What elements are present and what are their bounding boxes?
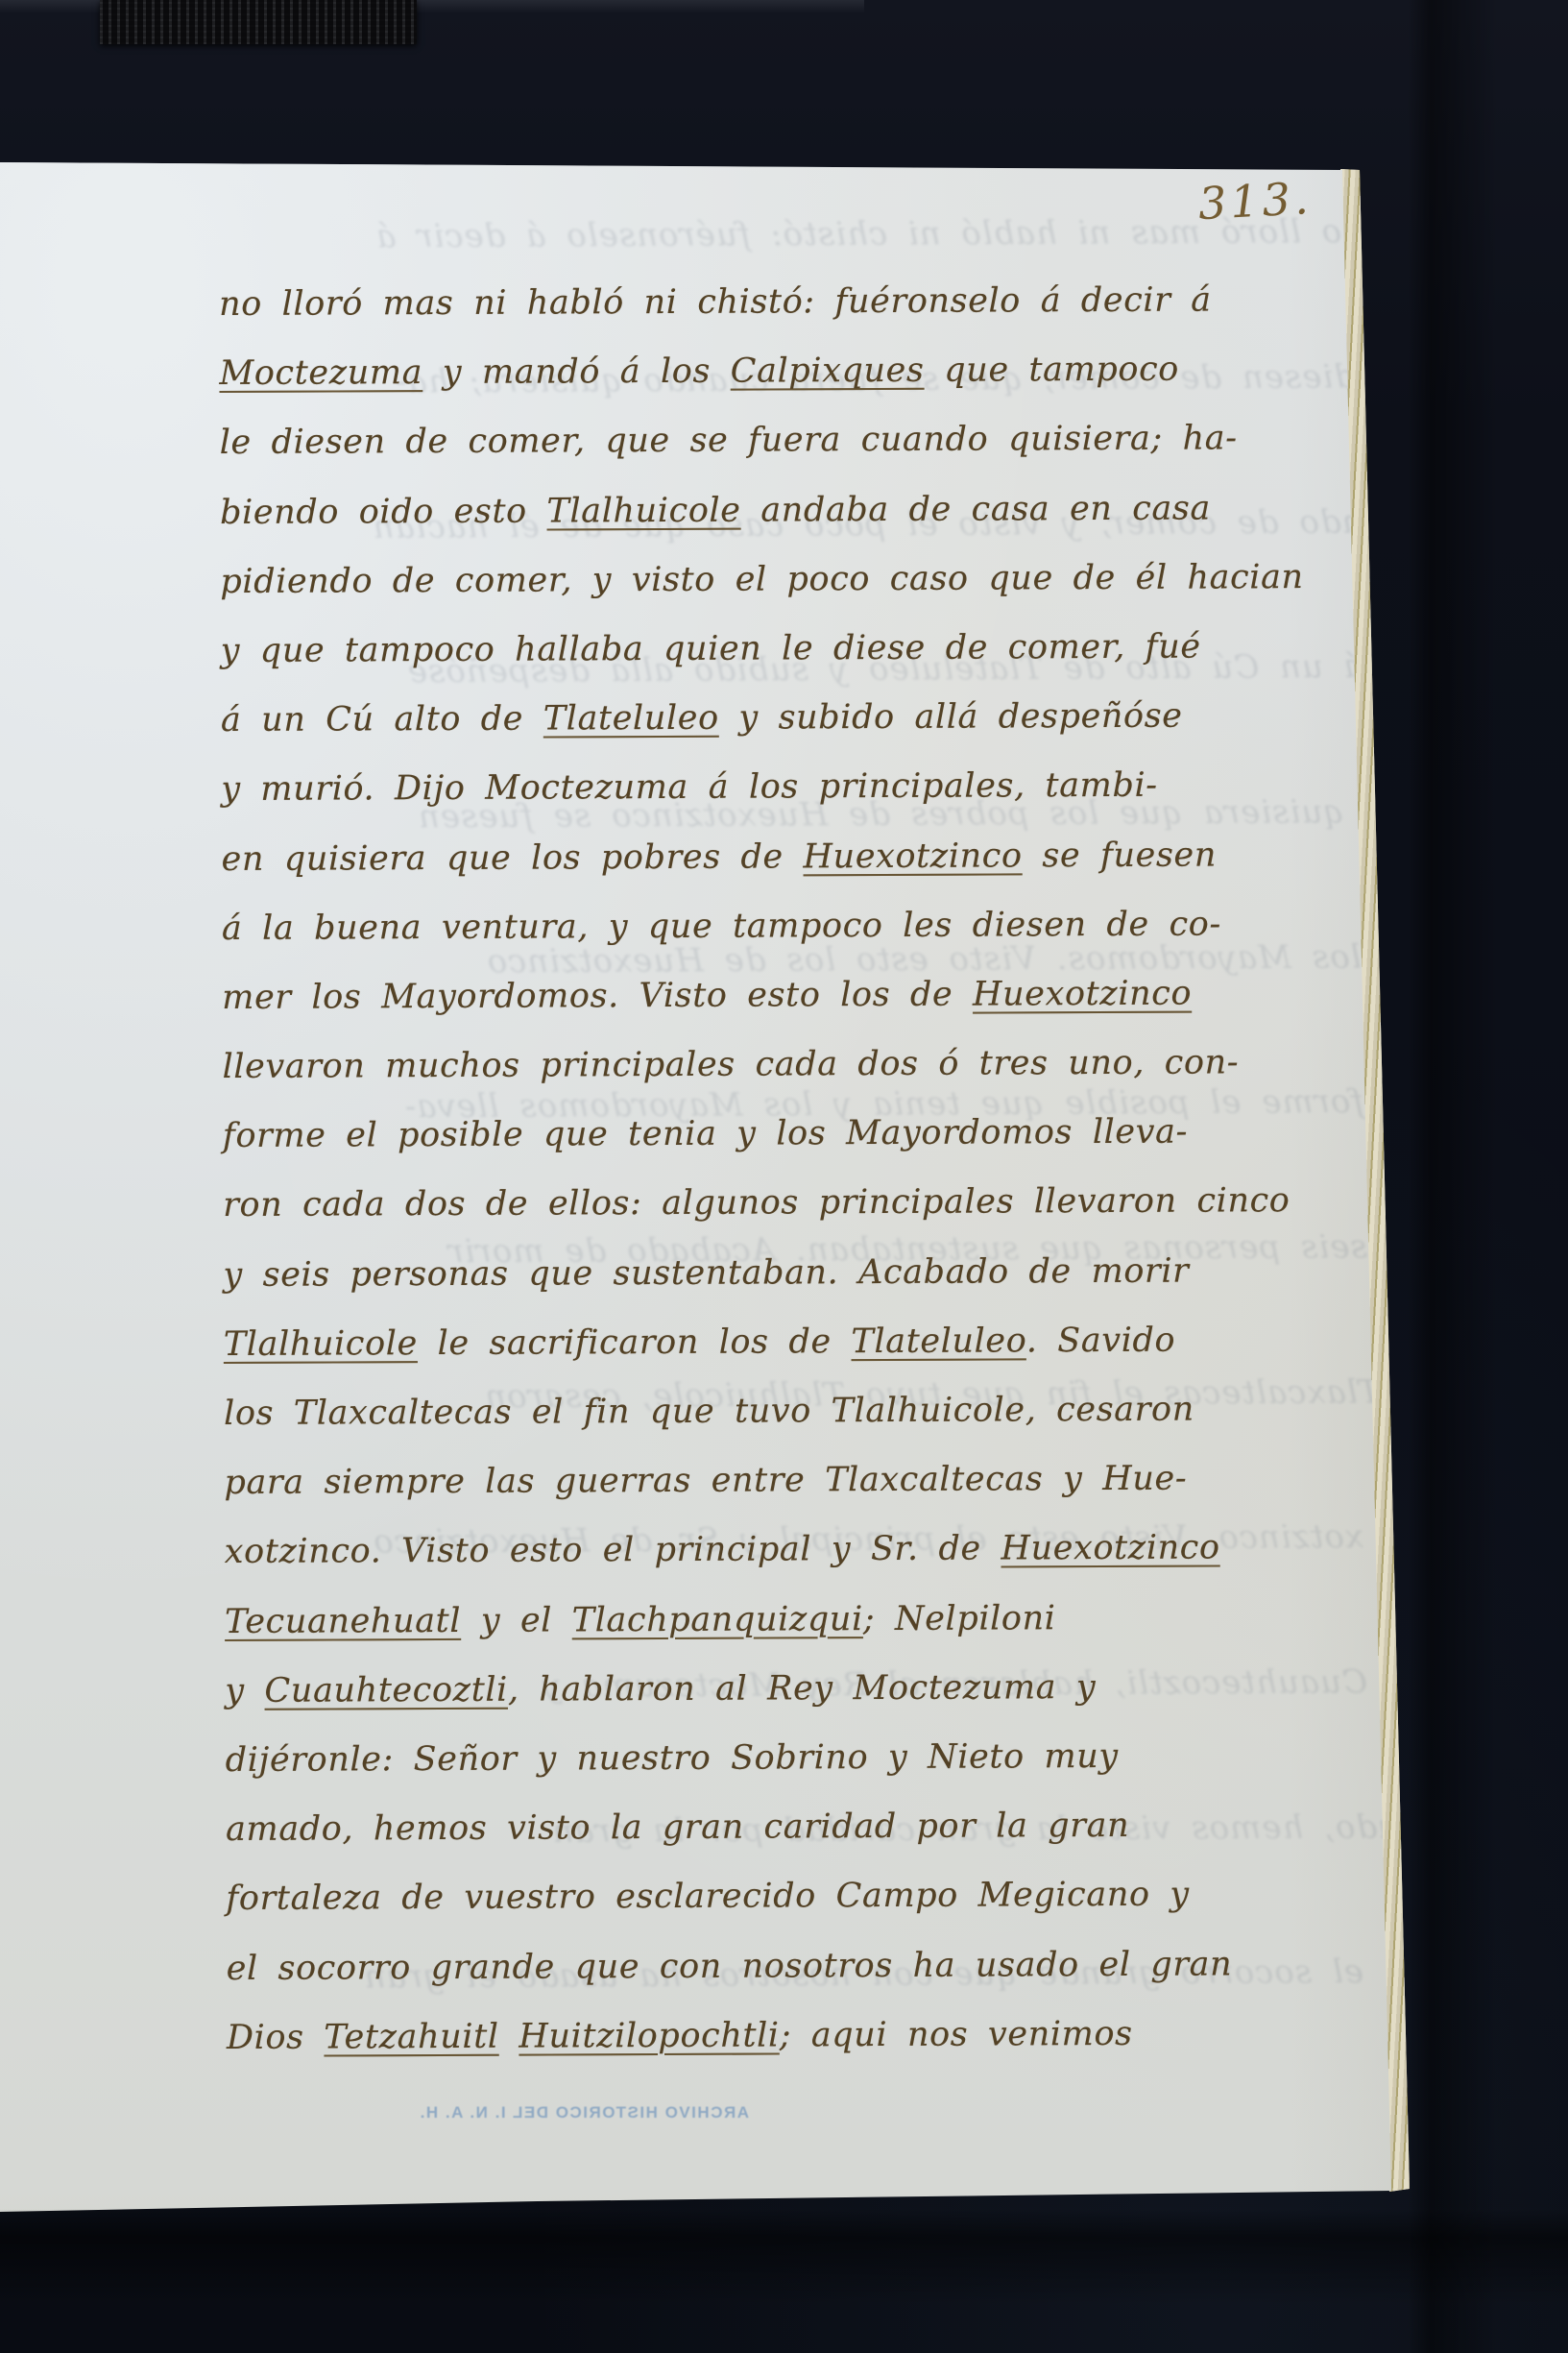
manuscript-line: le diesen de comer, que se fuera cuando … xyxy=(220,419,1391,494)
manuscript-line: y Cuauhtecoztli, hablaron al Rey Moctezu… xyxy=(225,1666,1396,1741)
manuscript-line: llevaron muchos principales cada dos ó t… xyxy=(222,1043,1393,1118)
photographed-manuscript-page: no lloró mas ni habló ni chistó: fuérons… xyxy=(0,0,1568,2353)
manuscript-line: biendo oido esto Tlalhuicole andaba de c… xyxy=(220,488,1391,563)
underlined-name: Huexotzinco xyxy=(973,974,1192,1013)
manuscript-text: . Savido xyxy=(1026,1321,1176,1360)
underlined-name: Tecuanehuatl xyxy=(225,1601,461,1640)
sheet-content: no lloró mas ni habló ni chistó: fuérons… xyxy=(0,0,1568,2353)
manuscript-line: pidiendo de comer, y visto el poco caso … xyxy=(220,557,1391,632)
manuscript-text: , hablaron al Rey Moctezuma y xyxy=(508,1668,1097,1710)
manuscript-text: se fuesen xyxy=(1023,836,1218,875)
manuscript-text: á la buena ventura, y que tampoco les di… xyxy=(222,905,1221,948)
manuscript-line: no lloró mas ni habló ni chistó: fuérons… xyxy=(219,280,1390,355)
manuscript-line: para siempre las guerras entre Tlaxcalte… xyxy=(224,1459,1395,1534)
manuscript-text: fortaleza de vuestro esclarecido Campo M… xyxy=(226,1876,1190,1918)
page-number: 313. xyxy=(1197,172,1314,230)
underlined-name: Huexotzinco xyxy=(1001,1529,1219,1568)
manuscript-text: mer los Mayordomos. Visto esto los de xyxy=(222,975,973,1016)
manuscript-line: Moctezuma y mandó á los Calpixques que t… xyxy=(219,350,1390,425)
manuscript-text: que tampoco xyxy=(924,351,1179,390)
manuscript-text xyxy=(499,2017,519,2055)
manuscript-text: en quisiera que los pobres de xyxy=(222,837,804,879)
manuscript-text: y murió. Dijo Moctezuma á los principale… xyxy=(221,766,1158,809)
manuscript-text: ron cada dos de ellos: algunos principal… xyxy=(223,1182,1290,1225)
manuscript-line: y seis personas que sustentaban. Acabado… xyxy=(223,1250,1394,1325)
manuscript-text: y subido allá despeñóse xyxy=(719,697,1183,738)
manuscript-line: los Tlaxcaltecas el fin que tuvo Tlalhui… xyxy=(224,1390,1395,1465)
manuscript-line: amado, hemos visto la gran caridad por l… xyxy=(226,1806,1397,1880)
manuscript-text: Dios xyxy=(227,2018,325,2056)
manuscript-text: le sacrificaron los de xyxy=(418,1322,852,1363)
manuscript-text: llevaron muchos principales cada dos ó t… xyxy=(222,1043,1239,1086)
manuscript-text: ; aqui nos venimos xyxy=(780,2015,1133,2055)
manuscript-line: ron cada dos de ellos: algunos principal… xyxy=(223,1181,1394,1256)
underlined-name: Moctezuma xyxy=(219,353,422,393)
manuscript-text: los Tlaxcaltecas el fin que tuvo Tlalhui… xyxy=(224,1391,1194,1433)
manuscript-line: y que tampoco hallaba quien le diese de … xyxy=(221,627,1392,702)
manuscript-text: no lloró mas ni habló ni chistó: fuérons… xyxy=(219,280,1212,324)
manuscript-line: á un Cú alto de Tlateluleo y subido allá… xyxy=(221,696,1392,771)
manuscript-line: en quisiera que los pobres de Huexotzinc… xyxy=(222,835,1393,910)
manuscript-text: forme el posible que tenia y los Mayordo… xyxy=(223,1113,1188,1155)
manuscript-text: le diesen de comer, que se fuera cuando … xyxy=(220,420,1238,463)
manuscript-line: fortaleza de vuestro esclarecido Campo M… xyxy=(226,1875,1397,1950)
underlined-name: Tetzahuitl xyxy=(324,2017,498,2056)
manuscript-text: andaba de casa en casa xyxy=(740,489,1211,529)
underlined-name: Tlalhuicole xyxy=(224,1324,418,1364)
manuscript-text: y xyxy=(225,1672,264,1710)
manuscript-line: Tlalhuicole le sacrificaron los de Tlate… xyxy=(224,1320,1395,1395)
manuscript-text: y mandó á los xyxy=(422,352,731,392)
underlined-name: Tlateluleo xyxy=(851,1322,1025,1361)
bleed-through-text: no lloró mas ni habló ni chistó: fuérons… xyxy=(0,212,1363,258)
manuscript-text: dijéronle: Señor y nuestro Sobrino y Nie… xyxy=(226,1737,1119,1780)
binding-strap xyxy=(100,0,417,44)
manuscript-text: ; Nelpiloni xyxy=(863,1599,1056,1638)
manuscript-text: y que tampoco hallaba quien le diese de … xyxy=(221,627,1201,669)
manuscript-text: á un Cú alto de xyxy=(221,700,543,740)
manuscript-line: dijéronle: Señor y nuestro Sobrino y Nie… xyxy=(226,1736,1397,1811)
underlined-name: Tlachpanquizqui xyxy=(572,1600,863,1639)
manuscript-lines: no lloró mas ni habló ni chistó: fuérons… xyxy=(219,280,1398,2088)
underlined-name: Tlateluleo xyxy=(543,699,719,739)
manuscript-line: forme el posible que tenia y los Mayordo… xyxy=(223,1112,1394,1187)
manuscript-line: mer los Mayordomos. Visto esto los de Hu… xyxy=(222,974,1393,1049)
manuscript-line: el socorro grande que con nosotros ha us… xyxy=(227,1944,1398,2019)
manuscript-line: Dios Tetzahuitl Huitzilopochtli; aqui no… xyxy=(227,2013,1398,2088)
manuscript-text: pidiendo de comer, y visto el poco caso … xyxy=(220,558,1303,601)
manuscript-text: y el xyxy=(461,1601,572,1640)
manuscript-line: Tecuanehuatl y el Tlachpanquizqui; Nelpi… xyxy=(225,1597,1396,1672)
manuscript-line: xotzinco. Visto esto el principal y Sr. … xyxy=(225,1528,1396,1603)
manuscript-text: y seis personas que sustentaban. Acabado… xyxy=(223,1251,1189,1294)
manuscript-text: el socorro grande que con nosotros ha us… xyxy=(227,1945,1233,1988)
manuscript-text: para siempre las guerras entre Tlaxcalte… xyxy=(224,1460,1187,1502)
manuscript-text: biendo oido esto xyxy=(220,492,547,531)
manuscript-line: á la buena ventura, y que tampoco les di… xyxy=(222,904,1393,979)
underlined-name: Huitzilopochtli xyxy=(519,2016,779,2055)
archive-stamp-mirrored: ARCHIVO HISTORICO DEL I. N. A. H. xyxy=(403,2103,749,2123)
manuscript-text: amado, hemos visto la gran caridad por l… xyxy=(226,1807,1129,1849)
underlined-name: Calpixques xyxy=(731,352,925,391)
manuscript-line: y murió. Dijo Moctezuma á los principale… xyxy=(221,765,1392,840)
manuscript-text: xotzinco. Visto esto el principal y Sr. … xyxy=(225,1530,1001,1572)
underlined-name: Huexotzinco xyxy=(803,837,1022,876)
underlined-name: Tlalhuicole xyxy=(546,491,740,530)
underlined-name: Cuauhtecoztli xyxy=(264,1670,508,1710)
